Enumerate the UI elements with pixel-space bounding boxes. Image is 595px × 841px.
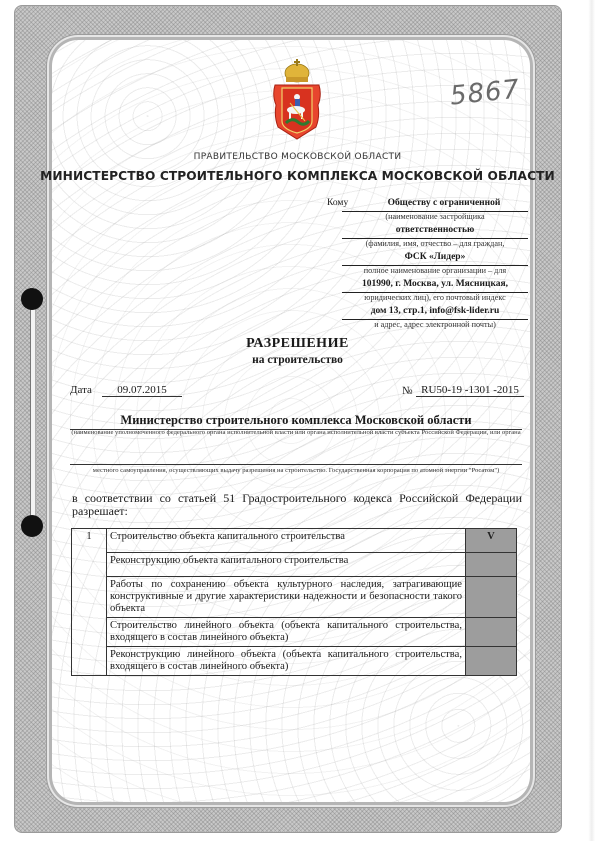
date-label: Дата [70,384,92,396]
table-row: Реконструкцию объекта капитального строи… [72,553,517,577]
recipient-caption: и адрес, адрес электронной почты) [342,320,528,333]
permit-number: RU50-19 -1301 -2015 [416,384,524,397]
permit-type-checkbox [466,647,517,676]
recipient-value: 101990, г. Москва, ул. Мясницкая, [342,279,528,293]
permit-type-checkbox [466,553,517,577]
permit-type-checkbox [466,618,517,647]
date-value: 09.07.2015 [102,384,182,397]
recipient-block: Кому Обществу с ограниченной (наименован… [342,198,528,333]
table-row: 1 Строительство объекта капитального стр… [72,529,517,553]
authority-caption: (наименование уполномоченного федерально… [70,429,522,438]
legal-basis: в соответствии со статьей 51 Градостроит… [72,492,522,518]
permit-type-table: 1 Строительство объекта капитального стр… [71,528,517,676]
section-number-cell [72,577,107,618]
recipient-caption: юридических лиц), его почтовый индекс [342,293,528,306]
recipient-value: Обществу с ограниченной [388,198,501,208]
binding-thread [30,288,36,528]
section-number-cell [72,647,107,676]
permit-type-text: Реконструкцию линейного объекта (объекта… [107,647,466,676]
table-row: Реконструкцию линейного объекта (объекта… [72,647,517,676]
recipient-caption: (фамилия, имя, отчество – для граждан, [342,239,528,252]
permit-type-checkbox: V [466,529,517,553]
recipient-caption: (наименование застройщика [342,212,528,225]
recipient-label: Кому [327,198,348,208]
document-title: РАЗРЕШЕНИЕ [0,336,595,352]
coat-of-arms-icon [272,55,322,141]
issuing-authority: Министерство строительного комплекса Мос… [70,413,522,430]
number-label: № [402,385,413,397]
page-edge [573,0,595,841]
recipient-value: дом 13, стр.1, info@fsk-lider.ru [342,306,528,320]
document-subtitle: на строительство [0,354,595,366]
government-heading: ПРАВИТЕЛЬСТВО МОСКОВСКОЙ ОБЛАСТИ [0,152,595,162]
ministry-heading: МИНИСТЕРСТВО СТРОИТЕЛЬНОГО КОМПЛЕКСА МОС… [0,169,595,183]
section-number-cell [72,618,107,647]
permit-type-checkbox [466,577,517,618]
section-number: 1 [72,529,107,553]
table-row: Работы по сохранению объекта культурного… [72,577,517,618]
recipient-caption: полное наименование организации – для [342,266,528,279]
section-number-cell [72,553,107,577]
recipient-value: ФСК «Лидер» [342,252,528,266]
punch-hole-icon [21,288,43,310]
permit-type-text: Строительство объекта капитального строи… [107,529,466,553]
permit-type-text: Строительство линейного объекта (объекта… [107,618,466,647]
authority-caption: местного самоуправления, осуществляющих … [70,467,522,474]
authority-blank-line [70,464,522,465]
table-row: Строительство линейного объекта (объекта… [72,618,517,647]
permit-type-text: Работы по сохранению объекта культурного… [107,577,466,618]
punch-hole-icon [21,515,43,537]
permit-type-text: Реконструкцию объекта капитального строи… [107,553,466,577]
recipient-value: ответственностью [342,225,528,239]
recipient-line: Кому Обществу с ограниченной [342,198,528,212]
